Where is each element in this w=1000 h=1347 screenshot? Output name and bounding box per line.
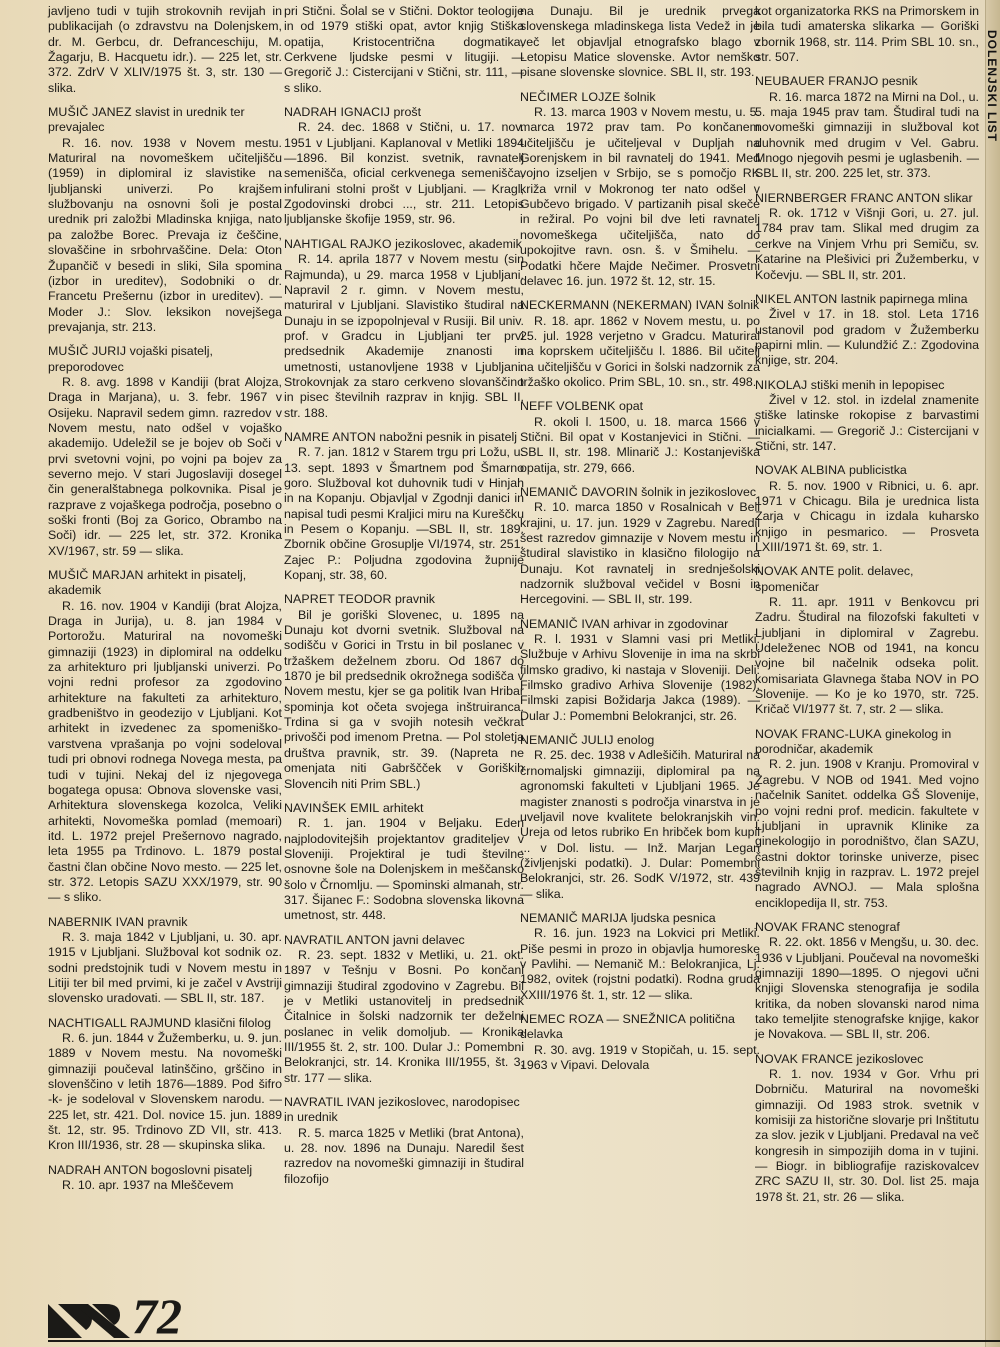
entry-text: R. 3. maja 1842 v Ljubljani, u. 30. apr.… (48, 930, 282, 1007)
entry-heading: NAPRET TEODOR pravnik (284, 592, 524, 607)
entry-name: NOVAK FRANCE (755, 1052, 853, 1066)
entry-text: R. 16. nov. 1938 v Novem mestu. Maturira… (48, 136, 282, 335)
entry-name: NEMANIČ MARIJA (520, 911, 627, 925)
entry-name: NAVRATIL ANTON (284, 933, 390, 947)
entry-heading: NACHTIGALL RAJMUND klasični filolog (48, 1016, 282, 1031)
lexicon-entry: NADRAH IGNACIJ proštR. 24. dec. 1868 v S… (284, 105, 524, 228)
entry-name: NOVAK FRANC (755, 920, 845, 934)
lexicon-entry: NADRAH ANTON bogoslovni pisateljR. 10. a… (48, 1163, 282, 1194)
entry-name: NACHTIGALL RAJMUND (48, 1016, 191, 1030)
entry-heading: NOVAK FRANC stenograf (755, 920, 979, 935)
entry-text: Živel v 12. stol. in izdelal znamenite s… (755, 393, 979, 454)
entry-text: R. 30. avg. 1919 v Stopičah, u. 15. sept… (520, 1043, 760, 1074)
entry-text: R. 1. nov. 1934 v Gor. Vrhu pri Dobrniču… (755, 1067, 979, 1205)
entry-text: R. 2. jun. 1908 v Kranju. Promoviral v Z… (755, 757, 979, 910)
entry-name: NEMEC ROZA — SNEŽNICA (520, 1012, 686, 1026)
entry-text: R. 8. avg. 1898 v Kandiji (brat Alojza, … (48, 375, 282, 559)
lexicon-entry: MUŠIČ JURIJ vojaški pisatelj, preporodov… (48, 344, 282, 559)
entry-role: jezikoslovec, akademik (395, 237, 522, 251)
entry-heading: NEFF VOLBENK opat (520, 399, 760, 414)
entry-role: pravnik (395, 592, 435, 606)
entry-heading: NEMANIČ DAVORIN šolnik in jezikoslovec (520, 485, 760, 500)
lexicon-entry: NEUBAUER FRANJO pesnikR. 16. marca 1872 … (755, 74, 979, 181)
entry-text: R. 6. jun. 1844 v Žužemberku, u. 9. jun.… (48, 1031, 282, 1154)
entry-name: NAVINŠEK EMIL (284, 801, 379, 815)
entry-name: MUŠIČ JURIJ (48, 344, 126, 358)
entry-role: šolnik in jezikoslovec (641, 485, 756, 499)
entry-name: NOVAK ALBINA (755, 463, 846, 477)
entry-name: NEMANIČ IVAN (520, 617, 610, 631)
entry-name: NOVAK FRANC-LUKA (755, 727, 882, 741)
entry-heading: NOVAK FRANC-LUKA ginekolog in porodničar… (755, 727, 979, 758)
page-number: 72 (132, 1294, 182, 1338)
dl-logo-icon (48, 1300, 130, 1338)
lexicon-entry: NOVAK FRANC stenografR. 22. okt. 1856 v … (755, 920, 979, 1043)
entry-heading: NOVAK ANTE polit. delavec, spomeničar (755, 564, 979, 595)
column-2: pri Stični. Šolal se v Stični. Doktor te… (284, 4, 524, 1196)
lexicon-entry: NAMRE ANTON nabožni pesnik in pisateljR.… (284, 430, 524, 583)
entry-name: NADRAH IGNACIJ (284, 105, 390, 119)
lexicon-page: DOLENJSKI LIST javljeno tudi v tujih str… (0, 0, 1000, 1347)
entry-name: NOVAK ANTE (755, 564, 834, 578)
entry-text: R. 16. nov. 1904 v Kandiji (brat Alojza,… (48, 599, 282, 906)
entry-text: pri Stični. Šolal se v Stični. Doktor te… (284, 4, 524, 96)
lexicon-entry: NOVAK FRANC-LUKA ginekolog in porodničar… (755, 727, 979, 911)
lexicon-entry: MUŠIČ MARJAN arhitekt in pisatelj, akade… (48, 568, 282, 906)
entry-role: slikar (944, 191, 973, 205)
entry-text: R. 23. sept. 1832 v Metliki, u. 21. okt.… (284, 948, 524, 1086)
footer-rule (48, 1340, 1000, 1342)
entry-text: R. 25. dec. 1938 v Adlešičih. Maturiral … (520, 748, 760, 901)
entry-heading: NAVRATIL IVAN jezikoslovec, narodopisec … (284, 1095, 524, 1126)
entry-heading: NADRAH ANTON bogoslovni pisatelj (48, 1163, 282, 1178)
entry-role: enolog (617, 733, 654, 747)
lexicon-entry: NOVAK ALBINA publicistkaR. 5. nov. 1900 … (755, 463, 979, 555)
entry-heading: NAVRATIL ANTON javni delavec (284, 933, 524, 948)
entry-role: pravnik (148, 915, 188, 929)
entry-text: R. ok. 1712 v Višnji Gori, u. 27. jul. 1… (755, 206, 979, 283)
lexicon-entry: NIERNBERGER FRANC ANTON slikarR. ok. 171… (755, 191, 979, 283)
lexicon-entry: NAVINŠEK EMIL arhitektR. 1. jan. 1904 v … (284, 801, 524, 924)
entry-text: R. 5. marca 1825 v Metliki (brat Antona)… (284, 1126, 524, 1187)
entry-heading: NADRAH IGNACIJ prošt (284, 105, 524, 120)
entry-text: kot organizatorka RKS na Primorskem in b… (755, 4, 979, 65)
lexicon-entry: NEMEC ROZA — SNEŽNICA politična delavkaR… (520, 1012, 760, 1073)
entry-text: R. 16. marca 1872 na Mirni na Dol., u. 5… (755, 90, 979, 182)
page-footer: 72 (48, 1296, 183, 1338)
entry-heading: NEMANIČ MARIJA ljudska pesnica (520, 911, 760, 926)
entry-heading: NEMANIČ IVAN arhivar in zgodovinar (520, 617, 760, 632)
entry-name: NAPRET TEODOR (284, 592, 392, 606)
entry-role: nabožni pesnik in pisatelj (379, 430, 517, 444)
lexicon-entry: NEMANIČ IVAN arhivar in zgodovinarR. l. … (520, 617, 760, 724)
entry-heading: NAMRE ANTON nabožni pesnik in pisatelj (284, 430, 524, 445)
entry-name: NAMRE ANTON (284, 430, 376, 444)
entry-name: NIKEL ANTON (755, 292, 837, 306)
entry-text: R. 7. jan. 1812 v Starem trgu pri Ložu, … (284, 445, 524, 583)
entry-name: NEČIMER LOJZE (520, 90, 620, 104)
entry-heading: MUŠIČ MARJAN arhitekt in pisatelj, akade… (48, 568, 282, 599)
entry-text: R. 14. aprila 1877 v Novem mestu (sin Ra… (284, 252, 524, 421)
entry-heading: NOVAK FRANCE jezikoslovec (755, 1052, 979, 1067)
entry-role: lastnik papirnega mlina (841, 292, 968, 306)
entry-role: stenograf (848, 920, 900, 934)
entry-text: Bil je goriški Slovenec, u. 1895 na Duna… (284, 608, 524, 792)
entry-heading: NABERNIK IVAN pravnik (48, 915, 282, 930)
entry-role: arhitekt (383, 801, 424, 815)
entry-name: NEMANIČ DAVORIN (520, 485, 638, 499)
entry-text: Živel v 17. in 18. stol. Leta 1716 ustan… (755, 307, 979, 368)
entry-heading: NEČIMER LOJZE šolnik (520, 90, 760, 105)
entry-text: R. 10. marca 1850 v Rosalnicah v Beli kr… (520, 500, 760, 607)
lexicon-entry: NOVAK ANTE polit. delavec, spomeničarR. … (755, 564, 979, 717)
lexicon-entry: NAVRATIL ANTON javni delavecR. 23. sept.… (284, 933, 524, 1086)
lexicon-entry: NABERNIK IVAN pravnikR. 3. maja 1842 v L… (48, 915, 282, 1007)
entry-name: MUŠIČ JANEZ (48, 105, 132, 119)
entry-text: R. 13. marca 1903 v Novem mestu, u. 5. m… (520, 105, 760, 289)
entry-role: pesnik (882, 74, 918, 88)
entry-text: R. 22. okt. 1856 v Mengšu, u. 30. dec. 1… (755, 935, 979, 1042)
entry-role: jezikoslovec (857, 1052, 924, 1066)
entry-role: opat (619, 399, 643, 413)
entry-heading: NAVINŠEK EMIL arhitekt (284, 801, 524, 816)
entry-role: klasični filolog (195, 1016, 271, 1030)
entry-role: stiški menih in lepopisec (811, 378, 945, 392)
entry-name: NAHTIGAL RAJKO (284, 237, 392, 251)
column-4: kot organizatorka RKS na Primorskem in b… (755, 4, 979, 1214)
entry-text: na Dunaju. Bil je urednik prvega slovens… (520, 4, 760, 81)
entry-name: NIERNBERGER FRANC ANTON (755, 191, 940, 205)
entry-heading: NEUBAUER FRANJO pesnik (755, 74, 979, 89)
entry-name: NABERNIK IVAN (48, 915, 144, 929)
entry-heading: MUŠIČ JANEZ slavist in urednik ter preva… (48, 105, 282, 136)
entry-name: NIKOLAJ (755, 378, 807, 392)
entry-text: R. l. 1931 v Slamni vasi pri Metliki. Sl… (520, 632, 760, 724)
column-1: javljeno tudi v tujih strokovnih revijah… (48, 4, 282, 1202)
entry-name: NADRAH ANTON (48, 1163, 147, 1177)
entry-text: R. 5. nov. 1900 v Ribnici, u. 6. apr. 19… (755, 479, 979, 556)
entry-heading: NIKOLAJ stiški menih in lepopisec (755, 378, 979, 393)
lexicon-entry: NEMANIČ JULIJ enologR. 25. dec. 1938 v A… (520, 733, 760, 902)
entry-heading: NEMEC ROZA — SNEŽNICA politična delavka (520, 1012, 760, 1043)
entry-heading: NAHTIGAL RAJKO jezikoslovec, akademik (284, 237, 524, 252)
lexicon-entry: NOVAK FRANCE jezikoslovecR. 1. nov. 1934… (755, 1052, 979, 1205)
entry-name: NAVRATIL IVAN (284, 1095, 375, 1109)
lexicon-entry: NECKERMANN (NEKERMAN) IVAN šolnikR. 18. … (520, 298, 760, 390)
lexicon-entry: NAHTIGAL RAJKO jezikoslovec, akademikR. … (284, 237, 524, 421)
entry-role: publicistka (849, 463, 907, 477)
lexicon-entry: NEČIMER LOJZE šolnikR. 13. marca 1903 v … (520, 90, 760, 289)
entry-heading: NECKERMANN (NEKERMAN) IVAN šolnik (520, 298, 760, 313)
entry-continuation: pri Stični. Šolal se v Stični. Doktor te… (284, 4, 524, 96)
lexicon-entry: NIKOLAJ stiški menih in lepopisecŽivel v… (755, 378, 979, 455)
entry-role: javni delavec (393, 933, 465, 947)
entry-name: NEFF VOLBENK (520, 399, 616, 413)
entry-text: R. 10. apr. 1937 na Mleščevem (48, 1178, 282, 1193)
entry-continuation: javljeno tudi v tujih strokovnih revijah… (48, 4, 282, 96)
lexicon-entry: NACHTIGALL RAJMUND klasični filologR. 6.… (48, 1016, 282, 1154)
entry-role: šolnik (624, 90, 656, 104)
entry-heading: MUŠIČ JURIJ vojaški pisatelj, preporodov… (48, 344, 282, 375)
entry-continuation: na Dunaju. Bil je urednik prvega slovens… (520, 4, 760, 81)
entry-heading: NIKEL ANTON lastnik papirnega mlina (755, 292, 979, 307)
entry-text: R. 1. jan. 1904 v Beljaku. Eden najplodo… (284, 816, 524, 923)
lexicon-entry: NEMANIČ MARIJA ljudska pesnicaR. 16. jun… (520, 911, 760, 1003)
lexicon-entry: MUŠIČ JANEZ slavist in urednik ter preva… (48, 105, 282, 335)
lexicon-entry: NAVRATIL IVAN jezikoslovec, narodopisec … (284, 1095, 524, 1187)
entry-text: javljeno tudi v tujih strokovnih revijah… (48, 4, 282, 96)
lexicon-entry: NEFF VOLBENK opatR. okoli l. 1500, u. 18… (520, 399, 760, 476)
entry-name: NEMANIČ JULIJ (520, 733, 614, 747)
entry-heading: NOVAK ALBINA publicistka (755, 463, 979, 478)
lexicon-entry: NIKEL ANTON lastnik papirnega mlinaŽivel… (755, 292, 979, 369)
entry-name: NEUBAUER FRANJO (755, 74, 878, 88)
lexicon-entry: NAPRET TEODOR pravnikBil je goriški Slov… (284, 592, 524, 791)
column-3: na Dunaju. Bil je urednik prvega slovens… (520, 4, 760, 1082)
spine: DOLENJSKI LIST (986, 0, 1000, 1347)
entry-name: MUŠIČ MARJAN (48, 568, 144, 582)
lexicon-entry: NEMANIČ DAVORIN šolnik in jezikoslovecR.… (520, 485, 760, 608)
entry-text: R. okoli l. 1500, u. 18. marca 1566 v St… (520, 415, 760, 476)
entry-name: NECKERMANN (NEKERMAN) IVAN (520, 298, 724, 312)
entry-role: ljudska pesnica (631, 911, 716, 925)
entry-text: R. 16. jun. 1923 na Lokvici pri Metliki.… (520, 926, 760, 1003)
spine-title: DOLENJSKI LIST (985, 30, 999, 142)
entry-role: bogoslovni pisatelj (151, 1163, 252, 1177)
entry-role: arhivar in zgodovinar (613, 617, 728, 631)
entry-role: prošt (394, 105, 422, 119)
entry-continuation: kot organizatorka RKS na Primorskem in b… (755, 4, 979, 65)
entry-text: R. 11. apr. 1911 v Benkovcu pri Zadru. Š… (755, 595, 979, 718)
entry-text: R. 18. apr. 1862 v Novem mestu, u. po 25… (520, 314, 760, 391)
entry-text: R. 24. dec. 1868 v Stični, u. 17. nov. 1… (284, 120, 524, 227)
entry-heading: NEMANIČ JULIJ enolog (520, 733, 760, 748)
entry-heading: NIERNBERGER FRANC ANTON slikar (755, 191, 979, 206)
